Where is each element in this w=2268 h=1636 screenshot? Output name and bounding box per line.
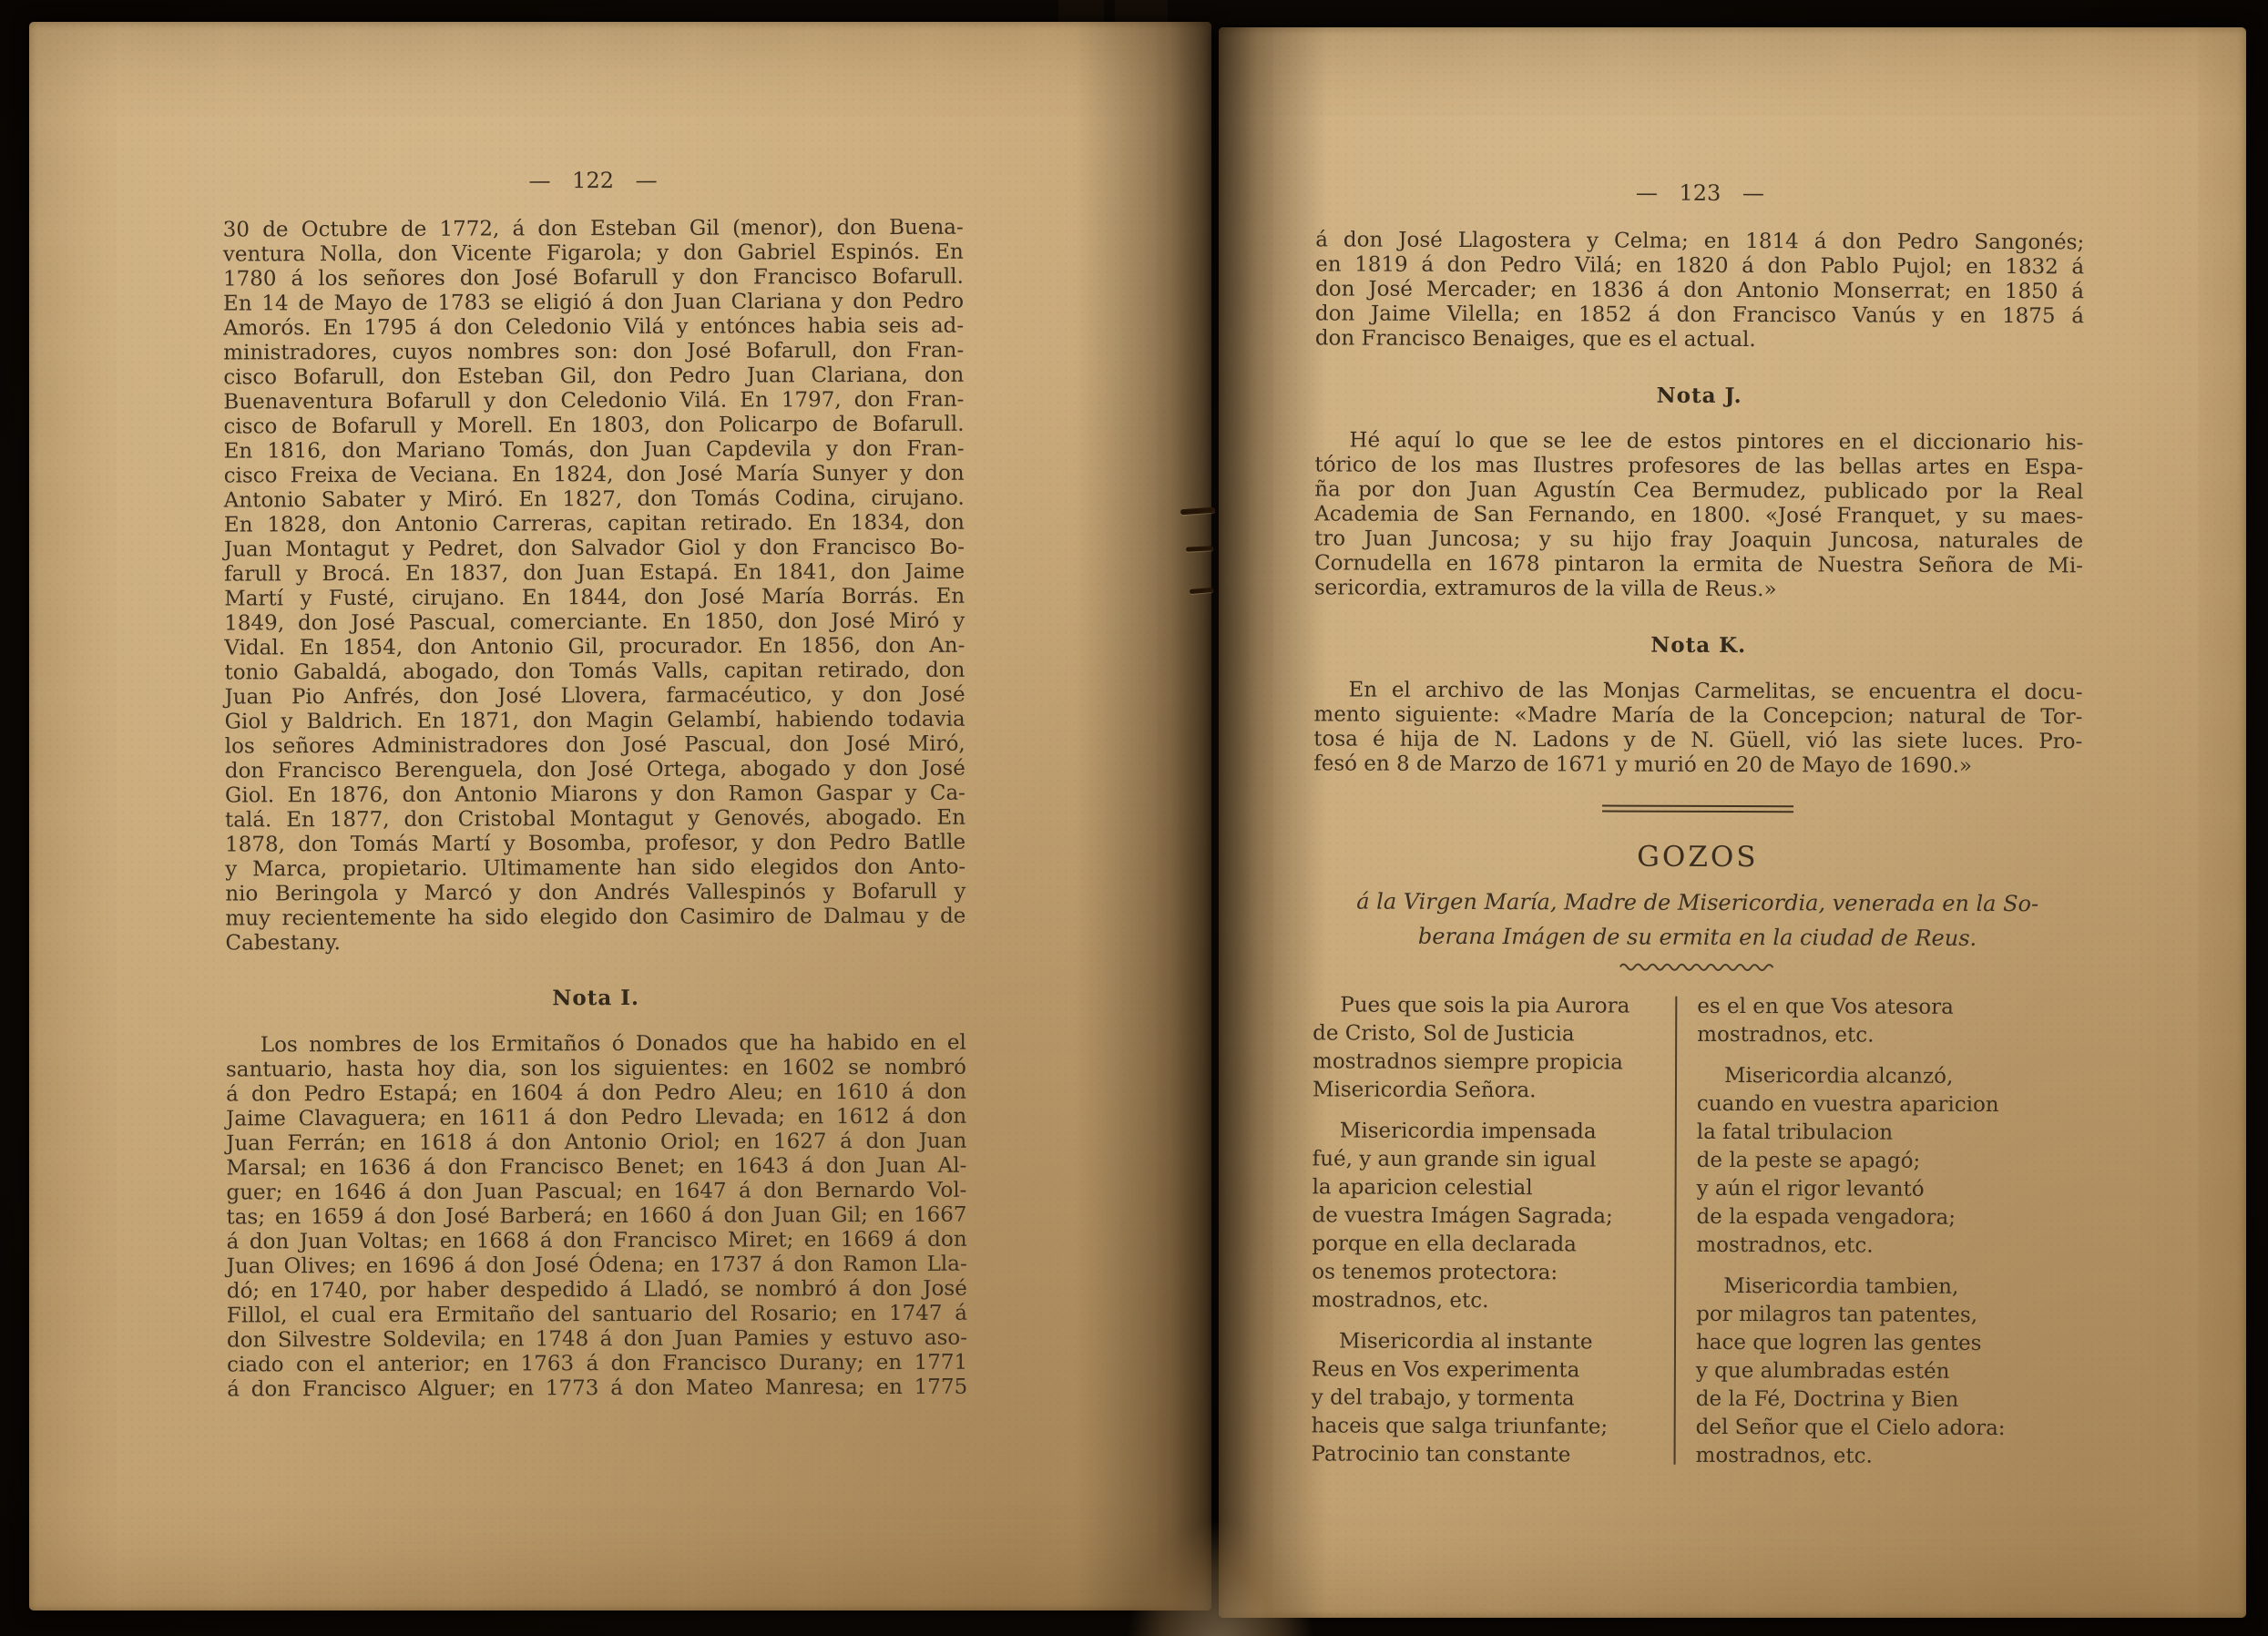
text-line: muy recientemente ha sido elegido don Ca… (225, 905, 965, 932)
text-line: En el archivo de las Monjas Carmelitas, … (1313, 678, 2082, 705)
text-line: Giol y Baldrich. En 1871, don Magin Gela… (225, 708, 965, 735)
page-123-number: — 123 — (1315, 179, 2084, 207)
gozos-dedication: á la Virgen María, Madre de Misericordia… (1313, 884, 2081, 956)
verse-line: de Cristo, Sol de Justicia (1313, 1019, 1675, 1048)
verse-line: y del trabajo, y tormenta (1312, 1384, 1674, 1413)
text-line: Giol. En 1876, don Antonio Miarons y don… (225, 782, 965, 809)
text-line: ña por don Juan Agustín Cea Bermudez, pu… (1314, 477, 2083, 505)
text-line: 1878, don Tomás Martí y Bosomba, profeso… (225, 831, 965, 858)
text-line: tórico de los mas Ilustres profesores de… (1314, 453, 2083, 480)
text-line: farull y Brocá. En 1837, don Juan Estapá… (224, 560, 965, 588)
text-line: Juan Olives; en 1696 á don José Ódena; e… (227, 1253, 967, 1280)
verse-line: mostradnos, etc. (1696, 1232, 2080, 1261)
verse-line: y que alumbradas estén (1696, 1357, 2080, 1386)
text-line: tas; en 1659 á don José Barberá; en 1660… (226, 1203, 966, 1231)
text-line: tonio Gabaldá, abogado, don Tomás Valls,… (224, 659, 965, 686)
verse-line: del Señor que el Cielo adora: (1696, 1414, 2080, 1443)
verse-line: porque en ella declarada (1312, 1230, 1674, 1259)
text-line: 1780 á los señores don José Bofarull y d… (223, 265, 964, 292)
text-line: á don Pedro Estapá; en 1604 á don Pedro … (226, 1080, 966, 1108)
page-122: — 122 — 30 de Octubre de 1772, á don Est… (29, 22, 1211, 1610)
text-line: en 1819 á don Pedro Vilá; en 1820 á don … (1315, 252, 2084, 280)
text-line: Hé aquí lo que se lee de estos pintores … (1314, 428, 2083, 455)
text-line: Cabestany. (225, 929, 965, 956)
verse-line: Misericordia alcanzó, (1697, 1062, 2081, 1091)
text-line: don Jaime Vilella; en 1852 á don Francis… (1315, 302, 2084, 329)
verse-line: haceis que salga triunfante; (1312, 1412, 1674, 1441)
text-line: Los nombres de los Ermitaños ó Donados q… (226, 1031, 966, 1058)
verse-line: mostradnos siempre propicia (1313, 1048, 1675, 1077)
page-122-content: — 122 — 30 de Octubre de 1772, á don Est… (26, 20, 1214, 1613)
wavy-rule-ornament (1619, 962, 1774, 974)
verse-stanza: Misericordia al instanteReus en Vos expe… (1312, 1327, 1675, 1469)
text-line: y Marca, propietario. Ultimamente han si… (225, 855, 965, 883)
hermits-continuation-paragraph: á don José Llagostera y Celma; en 1814 á… (1315, 228, 2084, 353)
gozos-right-column: es el en que Vos atesoramostradnos, etc.… (1676, 993, 2082, 1472)
text-line: cisco Bofarull, don Esteban Gil, don Ped… (223, 363, 964, 391)
text-line: En 1816, don Mariano Tomás, don Juan Cap… (224, 437, 965, 465)
text-line: guer; en 1646 á don Juan Pascual; en 164… (226, 1179, 966, 1206)
text-line: berana Imágen de su ermita en la ciudad … (1313, 918, 2081, 956)
text-line: á don José Llagostera y Celma; en 1814 á… (1315, 228, 2084, 255)
text-line: á la Virgen María, Madre de Misericordia… (1313, 884, 2082, 921)
verse-line: fué, y aun grande sin igual (1313, 1145, 1675, 1174)
verse-line: mostradnos, etc. (1697, 1021, 2081, 1050)
verse-line: de vuestra Imágen Sagrada; (1312, 1201, 1674, 1231)
verse-stanza: Misericordia impensadafué, y aun grande … (1312, 1117, 1675, 1315)
text-line: fesó en 8 de Marzo de 1671 y murió en 20… (1313, 752, 2082, 779)
verse-line: Misericordia impensada (1313, 1117, 1675, 1146)
verse-line: de la peste se apagó; (1697, 1147, 2081, 1176)
text-line: dó; en 1740, por haber despedido á Lladó… (227, 1277, 967, 1304)
verse-line: Misericordia al instante (1312, 1327, 1674, 1356)
nota-i-paragraph: Los nombres de los Ermitaños ó Donados q… (226, 1031, 967, 1403)
text-line: Juan Ferrán; en 1618 á don Antonio Oriol… (226, 1130, 966, 1157)
nota-j-heading: Nota J. (1315, 382, 2084, 409)
text-line: talá. En 1877, don Cristobal Montagut y … (225, 806, 965, 833)
text-line: Amorós. En 1795 á don Celedonio Vilá y e… (223, 314, 964, 342)
verse-line: y aún el rigor levantó (1697, 1175, 2081, 1204)
verse-line: de la espada vengadora; (1696, 1203, 2080, 1232)
verse-line: la fatal tribulacion (1697, 1119, 2081, 1148)
text-line: don Francisco Benaiges, que es el actual… (1315, 326, 2084, 353)
text-line: santuario, hasta hoy dia, son los siguie… (226, 1056, 966, 1083)
text-line: Buenaventura Bofarull y don Celedonio Vi… (223, 388, 964, 415)
verse-line: Patrocinio tan constante (1312, 1440, 1674, 1469)
text-line: En 14 de Mayo de 1783 se eligió á don Ju… (223, 290, 964, 317)
text-line: cisco de Bofarull y Morell. En 1803, don… (223, 413, 964, 440)
text-line: Antonio Sabater y Miró. En 1827, don Tom… (224, 486, 965, 514)
text-line: 30 de Octubre de 1772, á don Esteban Gil… (223, 216, 964, 243)
text-line: ventura Nolla, don Vicente Figarola; y d… (223, 240, 964, 268)
verse-line: mostradnos, etc. (1696, 1442, 2080, 1471)
text-line: sericordia, extramuros de la villa de Re… (1314, 576, 2083, 603)
page-123: — 123 — á don José Llagostera y Celma; e… (1219, 27, 2246, 1618)
verse-line: de la Fé, Doctrina y Bien (1696, 1385, 2080, 1415)
verse-line: hace que logren las gentes (1696, 1329, 2080, 1358)
gozos-title: GOZOS (1313, 840, 2082, 874)
text-line: ministradores, cuyos nombres son: don Jo… (223, 339, 964, 366)
text-line: Cornudella en 1678 pintaron la ermita de… (1314, 551, 2083, 578)
nota-k-heading: Nota K. (1314, 631, 2083, 659)
text-line: 1849, don José Pascual, comerciante. En … (224, 609, 965, 637)
verse-line: por milagros tan patentes, (1696, 1301, 2080, 1330)
verse-stanza: Pues que sois la pia Aurorade Cristo, So… (1313, 991, 1675, 1105)
text-line: tosa é hija de N. Ladons y de N. Güell, … (1313, 727, 2082, 754)
text-line: don Silvestre Soldevila; en 1748 á don J… (227, 1326, 967, 1354)
gozos-left-column: Pues que sois la pia Aurorade Cristo, So… (1312, 991, 1676, 1469)
verse-line: Reus en Vos experimenta (1312, 1355, 1674, 1385)
text-line: tro Juan Juncosa; y su hijo fray Joaquin… (1314, 527, 2083, 554)
verse-line: Pues que sois la pia Aurora (1313, 991, 1675, 1020)
open-book-photo: — 122 — 30 de Octubre de 1772, á don Est… (0, 0, 2268, 1636)
text-line: don José Mercader; en 1836 á don Antonio… (1315, 277, 2084, 304)
verse-line: Misericordia tambien, (1696, 1273, 2080, 1302)
verse-stanza: Misericordia alcanzó,cuando en vuestra a… (1696, 1062, 2081, 1261)
text-line: los señores Administradores don José Pas… (225, 732, 965, 760)
verse-line: Misericordia Señora. (1313, 1076, 1675, 1105)
text-line: mento siguiente: «Madre María de la Conc… (1313, 702, 2082, 730)
text-line: Martí y Fusté, cirujano. En 1844, don Jo… (224, 585, 965, 612)
administrators-paragraph: 30 de Octubre de 1772, á don Esteban Gil… (223, 216, 966, 956)
text-line: ciado con el anterior; en 1763 á don Fra… (227, 1351, 967, 1378)
text-line: Juan Montagut y Pedret, don Salvador Gio… (224, 536, 965, 563)
text-line: Jaime Clavaguera; en 1611 á don Pedro Ll… (226, 1105, 966, 1132)
text-line: Academia de San Fernando, en 1800. «José… (1314, 502, 2083, 529)
text-line: Vidal. En 1854, don Antonio Gil, procura… (224, 634, 965, 661)
text-line: á don Juan Voltas; en 1668 á don Francis… (227, 1228, 967, 1255)
verse-line: es el en que Vos atesora (1697, 993, 2081, 1022)
verse-line: os tenemos protectora: (1312, 1258, 1674, 1287)
text-line: Juan Pio Anfrés, don José Llovera, farma… (224, 683, 965, 711)
double-rule-ornament (1602, 805, 1793, 813)
verse-line: mostradnos, etc. (1312, 1286, 1674, 1315)
text-line: Fillol, el cual era Ermitaño del santuar… (227, 1302, 967, 1329)
text-line: En 1828, don Antonio Carreras, capitan r… (224, 511, 965, 538)
text-line: Marsal; en 1636 á don Francisco Benet; e… (226, 1154, 966, 1181)
nota-k-paragraph: En el archivo de las Monjas Carmelitas, … (1313, 678, 2082, 779)
text-line: cisco Freixa de Veciana. En 1824, don Jo… (224, 462, 965, 489)
text-line: don Francisco Berenguela, don José Orteg… (225, 757, 965, 784)
verse-line: cuando en vuestra aparicion (1697, 1090, 2081, 1120)
verse-stanza: es el en que Vos atesoramostradnos, etc. (1697, 993, 2081, 1050)
page-122-number: — 122 — (223, 167, 964, 195)
nota-i-heading: Nota I. (226, 985, 966, 1012)
page-123-content: — 123 — á don José Llagostera y Celma; e… (1216, 26, 2249, 1620)
text-line: nio Beringola y Marcó y don Andrés Valle… (225, 880, 965, 907)
nota-j-paragraph: Hé aquí lo que se lee de estos pintores … (1314, 428, 2084, 603)
verse-stanza: Misericordia tambien,por milagros tan pa… (1696, 1273, 2081, 1471)
text-line: á don Francisco Alguer; en 1773 á don Ma… (227, 1375, 967, 1403)
gozos-verses: Pues que sois la pia Aurorade Cristo, So… (1312, 991, 2082, 1471)
verse-line: la aparicion celestial (1313, 1173, 1675, 1202)
